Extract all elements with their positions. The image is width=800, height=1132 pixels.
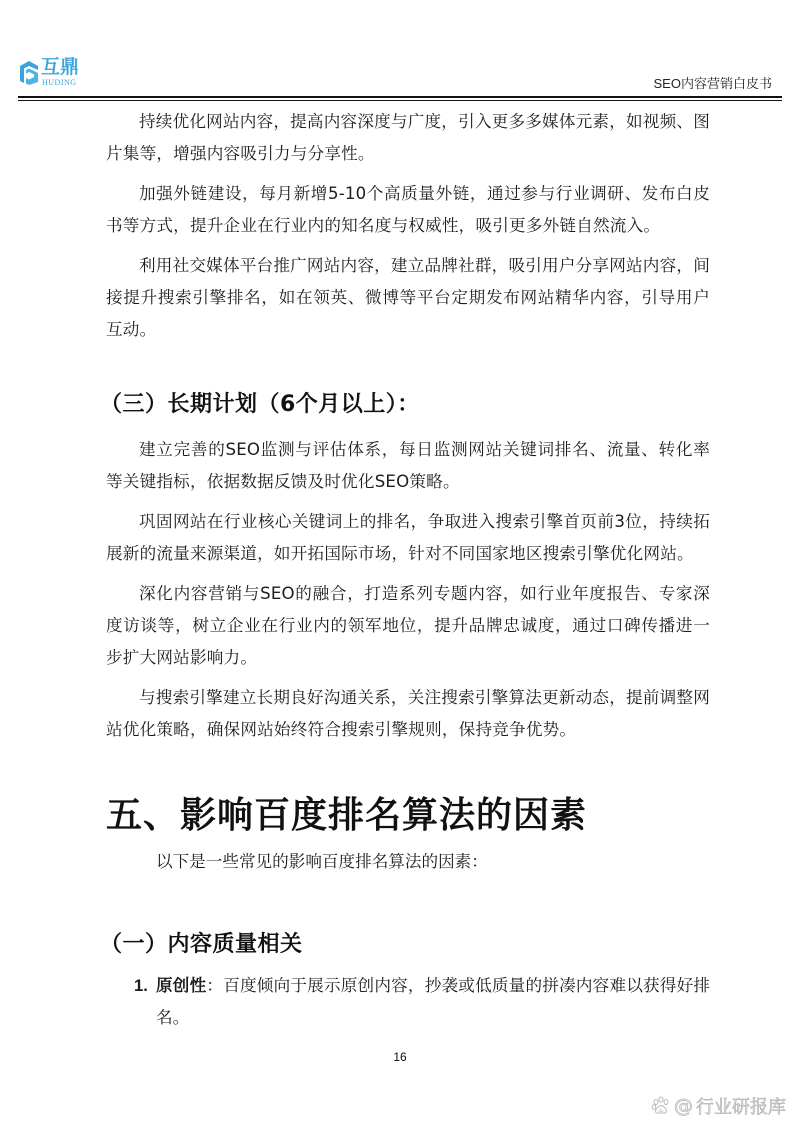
logo-text-en: HUDING	[42, 78, 77, 87]
list-item-number: 1.	[134, 970, 148, 1002]
watermark-text: 行业研报库	[696, 1093, 786, 1119]
paragraph: 加强外链建设，每月新增5-10个高质量外链，通过参与行业调研、发布白皮书等方式，…	[106, 178, 710, 242]
paragraph: 与搜索引擎建立长期良好沟通关系，关注搜索引擎算法更新动态，提前调整网站优化策略，…	[106, 682, 710, 746]
paragraph: 持续优化网站内容，提高内容深度与广度，引入更多多媒体元素，如视频、图片集等，增强…	[106, 106, 710, 170]
chapter-heading: 五、影响百度排名算法的因素	[106, 794, 710, 838]
svg-text:du: du	[658, 1108, 664, 1113]
list-item-text: 百度倾向于展示原创内容，抄袭或低质量的拼凑内容难以获得好排名。	[156, 976, 710, 1027]
page-content: 持续优化网站内容，提高内容深度与广度，引入更多多媒体元素，如视频、图片集等，增强…	[106, 106, 710, 1034]
huding-logo: 互鼎 HUDING	[18, 56, 90, 90]
logo-text-cn: 互鼎	[41, 56, 79, 78]
huding-logo-icon	[18, 58, 40, 86]
page-header: 互鼎 HUDING SEO内容营销白皮书	[0, 0, 800, 104]
section-heading-long-term: （三）长期计划（6个月以上）：	[100, 390, 710, 420]
document-title: SEO内容营销白皮书	[654, 76, 772, 92]
paragraph: 巩固网站在行业核心关键词上的排名，争取进入搜索引擎首页前3位，持续拓展新的流量来…	[106, 506, 710, 570]
subsection-heading-content-quality: （一）内容质量相关	[100, 930, 710, 960]
list-item-separator: ：	[206, 976, 223, 995]
paragraph: 深化内容营销与SEO的融合，打造系列专题内容，如行业年度报告、专家深度访谈等，树…	[106, 578, 710, 674]
watermark-at: @	[674, 1095, 693, 1117]
paragraph: 建立完善的SEO监测与评估体系，每日监测网站关键词排名、流量、转化率等关键指标，…	[106, 434, 710, 498]
chapter-intro: 以下是一些常见的影响百度排名算法的因素：	[156, 846, 710, 878]
paragraph: 利用社交媒体平台推广网站内容，建立品牌社群，吸引用户分享网站内容，间接提升搜索引…	[106, 250, 710, 346]
list-item-term: 原创性	[156, 976, 206, 995]
header-rule-thin	[18, 100, 782, 101]
page-number: 16	[0, 1050, 800, 1064]
document-title-latin: SEO	[654, 76, 681, 91]
list-item: 1. 原创性：百度倾向于展示原创内容，抄袭或低质量的拼凑内容难以获得好排名。	[106, 970, 710, 1034]
header-rule-thick	[18, 96, 782, 98]
watermark: du @ 行业研报库	[651, 1093, 786, 1119]
document-title-cn: 内容营销白皮书	[681, 76, 772, 91]
baidu-paw-icon: du	[651, 1096, 671, 1116]
